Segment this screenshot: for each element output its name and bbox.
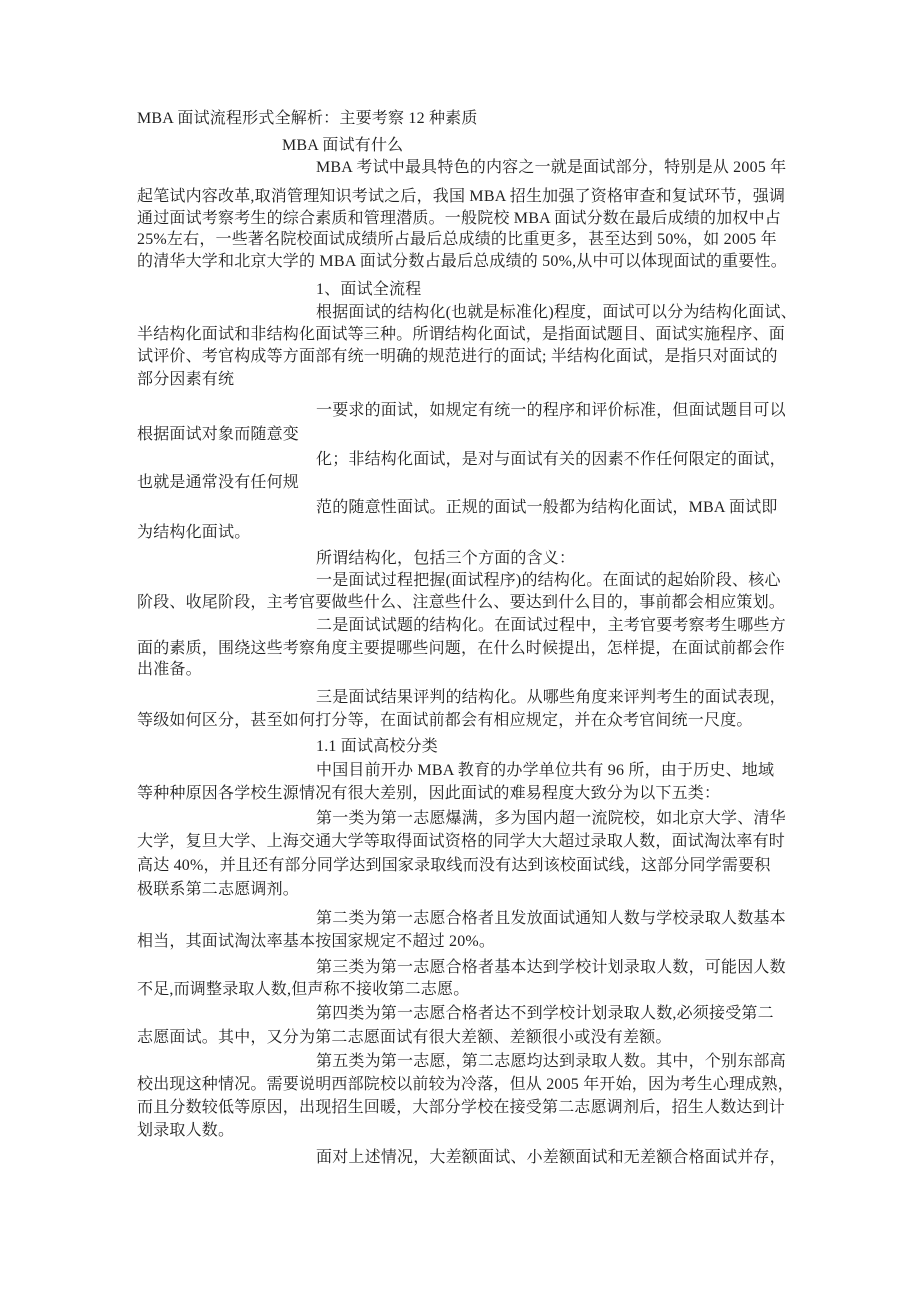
text-line: 不足,而调整录取人数,但声称不接收第二志愿。 [137, 979, 469, 1001]
text-line: 面对上述情况，大差额面试、小差额面试和无差额合格面试并存， [316, 1147, 786, 1169]
text-line: 出准备。 [137, 659, 202, 681]
text-line: 1、面试全流程 [316, 279, 421, 301]
text-line: 中国目前开办 MBA 教育的办学单位共有 96 所，由于历史、地域 [316, 760, 774, 782]
text-line: 一是面试过程把握(面试程序)的结构化。在面试的起始阶段、核心 [316, 570, 781, 592]
text-line: 一要求的面试，如规定有统一的程序和评价标准，但面试题目可以 [316, 400, 786, 422]
text-line: 半结构化面试和非结构化面试等三种。所谓结构化面试，是指面试题目、面试实施程序、面 [137, 324, 785, 346]
text-line: 第四类为第一志愿合格者达不到学校计划录取人数,必须接受第二 [316, 1003, 774, 1025]
text-line: 第五类为第一志愿，第二志愿均达到录取人数。其中，个别东部高 [316, 1051, 786, 1073]
document-text-block: MBA 面试流程形式全解析：主要考察 12 种素质MBA 面试有什么MBA 考试… [0, 0, 920, 1302]
text-line: 阶段、收尾阶段，主考官要做些什么、注意些什么、要达到什么目的，事前都会相应策划。 [137, 592, 785, 614]
text-line: 划录取人数。 [137, 1120, 234, 1142]
text-line: 二是面试试题的结构化。在面试过程中，主考官要考察考生哪些方 [316, 615, 786, 637]
text-line: MBA 面试有什么 [282, 135, 403, 157]
text-line: 也就是通常没有任何规 [137, 472, 299, 494]
text-line: 起笔试内容改革,取消管理知识考试之后，我国 MBA 招生加强了资格审查和复试环节… [137, 186, 785, 208]
text-line: 三是面试结果评判的结构化。从哪些角度来评判考生的面试表现， [316, 687, 786, 709]
text-line: 所谓结构化，包括三个方面的含义： [316, 548, 575, 570]
text-line: 25%左右，一些著名院校面试成绩所占最后总成绩的比重更多，甚至达到 50%，如 … [137, 229, 777, 251]
text-line: 而且分数较低等原因，出现招生回暖，大部分学校在接受第二志愿调剂后，招生人数达到计 [137, 1097, 785, 1119]
text-line: 通过面试考察考生的综合素质和管理潜质。一般院校 MBA 面试分数在最后成绩的加权… [137, 208, 781, 230]
text-line: 面的素质，围绕这些考察角度主要提哪些问题，在什么时候提出，怎样提，在面试前都会作 [137, 638, 785, 660]
text-line: 校出现这种情况。需要说明西部院校以前较为冷落，但从 2005 年开始，因为考生心… [137, 1074, 794, 1096]
text-line: MBA 面试流程形式全解析：主要考察 12 种素质 [137, 108, 478, 130]
text-line: 高达 40%，并且还有部分同学达到国家录取线而没有达到该校面试线，这部分同学需要… [137, 855, 771, 877]
text-line: 第三类为第一志愿合格者基本达到学校计划录取人数，可能因人数 [316, 957, 786, 979]
text-line: 的清华大学和北京大学的 MBA 面试分数占最后总成绩的 50%,从中可以体现面试… [137, 251, 787, 273]
text-line: 试评价、考官构成等方面部有统一明确的规范进行的面试; 半结构化面试，是指只对面试… [137, 346, 778, 368]
text-line: 志愿面试。其中，又分为第二志愿面试有很大差额、差额很小或没有差额。 [137, 1027, 672, 1049]
text-line: 化；非结构化面试，是对与面试有关的因素不作任何限定的面试， [316, 449, 786, 471]
text-line: 等种种原因各学校生源情况有很大差别，因此面试的难易程度大致分为以下五类： [137, 783, 720, 805]
text-line: 第一类为第一志愿爆满，多为国内超一流院校，如北京大学、清华 [316, 808, 786, 830]
text-line: 等级如何区分，甚至如何打分等，在面试前都会有相应规定，并在众考官间统一尺度。 [137, 710, 753, 732]
text-line: MBA 考试中最具特色的内容之一就是面试部分，特别是从 2005 年 [316, 157, 786, 179]
text-line: 第二类为第一志愿合格者且发放面试通知人数与学校录取人数基本 [316, 908, 786, 930]
text-line: 根据面试的结构化(也就是标准化)程度，面试可以分为结构化面试、 [316, 302, 797, 324]
text-line: 极联系第二志愿调剂。 [137, 879, 299, 901]
text-line: 1.1 面试高校分类 [316, 736, 438, 758]
text-line: 根据面试对象而随意变 [137, 424, 299, 446]
text-line: 大学，复旦大学、上海交通大学等取得面试资格的同学大大超过录取人数，面试淘汰率有时 [137, 831, 785, 853]
document-page: MBA 面试流程形式全解析：主要考察 12 种素质MBA 面试有什么MBA 考试… [0, 0, 920, 1302]
text-line: 为结构化面试。 [137, 522, 250, 544]
text-line: 相当，其面试淘汰率基本按国家规定不超过 20%。 [137, 931, 495, 953]
text-line: 部分因素有统 [137, 369, 234, 391]
text-line: 范的随意性面试。正规的面试一般都为结构化面试，MBA 面试即 [316, 497, 778, 519]
